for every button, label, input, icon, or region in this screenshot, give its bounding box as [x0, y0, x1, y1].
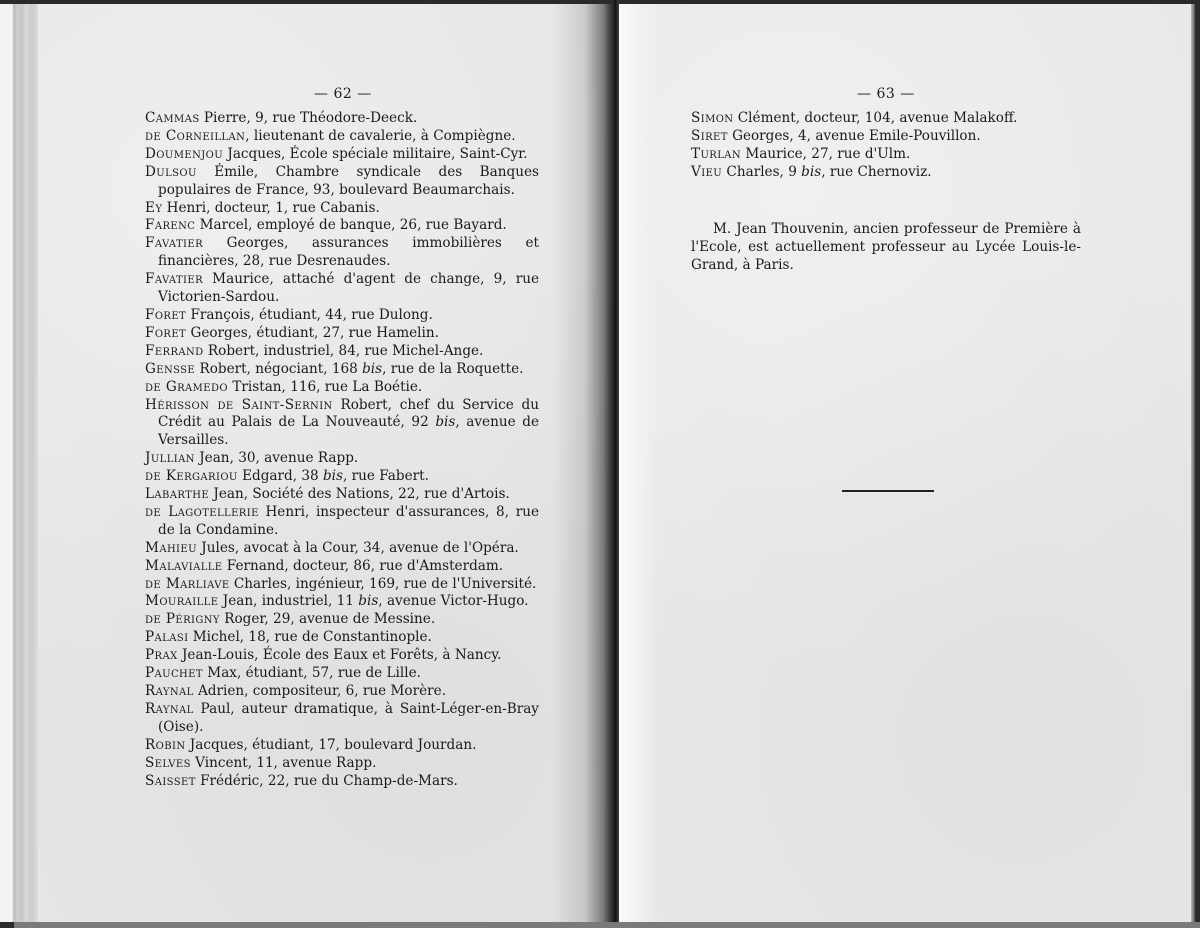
directory-entry: Raynal Paul, auteur dramatique, à Saint-… [145, 701, 539, 737]
surname: Saisset [145, 773, 196, 789]
bottom-edge [14, 922, 1200, 928]
surname: Mahieu [145, 540, 197, 556]
directory-entry: Simon Clément, docteur, 104, avenue Mala… [691, 110, 1081, 128]
surname: Turlan [691, 146, 741, 162]
directory-entry: Ferrand Robert, industriel, 84, rue Mich… [145, 343, 539, 361]
directory-entry: Favatier Georges, assurances immobilière… [145, 235, 539, 271]
directory-entry: Dulsou Émile, Chambre syndicale des Banq… [145, 164, 539, 200]
entry-detail: Jean, Société des Nations, 22, rue d'Art… [209, 486, 510, 502]
surname: Favatier [145, 271, 203, 287]
directory-entry: Ey Henri, docteur, 1, rue Cabanis. [145, 200, 539, 218]
directory-entry: Mahieu Jules, avocat à la Cour, 34, aven… [145, 540, 539, 558]
entry-detail: Jules, avocat à la Cour, 34, avenue de l… [197, 540, 519, 556]
directory-entry: Palasi Michel, 18, rue de Constantinople… [145, 629, 539, 647]
surname: Ey [145, 200, 162, 216]
directory-entry: Prax Jean-Louis, École des Eaux et Forêt… [145, 647, 539, 665]
directory-entry: Vieu Charles, 9 bis, rue Chernoviz. [691, 164, 1081, 182]
surname: Malavialle [145, 558, 222, 574]
surname: Vieu [691, 164, 722, 180]
book-spine [612, 0, 619, 928]
surname: Foret [145, 325, 186, 341]
directory-entry: Malavialle Fernand, docteur, 86, rue d'A… [145, 558, 539, 576]
entry-detail: , lieutenant de cavalerie, à Compiègne. [245, 128, 515, 144]
directory-entry: Hérisson de Saint-Sernin Robert, chef du… [145, 397, 539, 451]
directory-entry: Mouraille Jean, industriel, 11 bis, aven… [145, 593, 539, 611]
entry-detail: Adrien, compositeur, 6, rue Morère. [194, 683, 446, 699]
name-particle: de [145, 504, 168, 520]
entry-detail: Edgard, 38 [238, 468, 323, 484]
directory-entry: Farenc Marcel, employé de banque, 26, ru… [145, 217, 539, 235]
entry-detail: Georges, 4, avenue Emile-Pouvillon. [728, 128, 981, 144]
address-bis: bis [323, 468, 343, 484]
address-bis: bis [435, 414, 455, 430]
book-spread: — 62 — — 63 — Cammas Pierre, 9, rue Théo… [0, 0, 1200, 928]
directory-entry: de Périgny Roger, 29, avenue de Messine. [145, 611, 539, 629]
directory-entry: Selves Vincent, 11, avenue Rapp. [145, 755, 539, 773]
surname: Périgny [166, 611, 220, 627]
surname: Kergariou [166, 468, 238, 484]
surname: Farenc [145, 217, 195, 233]
page-edge [1191, 4, 1195, 922]
directory-entry: Gensse Robert, négociant, 168 bis, rue d… [145, 361, 539, 379]
entry-detail: , rue Chernoviz. [821, 164, 931, 180]
entry-detail: Charles, ingénieur, 169, rue de l'Univer… [230, 576, 537, 592]
note-paragraph: M. Jean Thouvenin, ancien professeur de … [691, 220, 1081, 274]
directory-entry: Raynal Adrien, compositeur, 6, rue Morèr… [145, 683, 539, 701]
entry-detail: Robert, industriel, 84, rue Michel-Ange. [204, 343, 484, 359]
entry-detail: Vincent, 11, avenue Rapp. [191, 755, 377, 771]
surname: Gramedo [166, 379, 228, 395]
entry-detail: Robert, négociant, 168 [195, 361, 362, 377]
surname: Marliave [166, 576, 230, 592]
surname: Foret [145, 307, 186, 323]
entry-detail: Jacques, École spéciale militaire, Saint… [223, 146, 528, 162]
surname: Corneillan [166, 128, 245, 144]
entry-detail: Fernand, docteur, 86, rue d'Amsterdam. [222, 558, 503, 574]
directory-entry: Labarthe Jean, Société des Nations, 22, … [145, 486, 539, 504]
directory-entry: Siret Georges, 4, avenue Emile-Pouvillon… [691, 128, 1081, 146]
directory-list-left: Cammas Pierre, 9, rue Théodore-Deeck.de … [145, 110, 539, 790]
surname: Labarthe [145, 486, 209, 502]
gutter-shadow [552, 4, 612, 922]
directory-entry: de Lagotellerie Henri, inspecteur d'assu… [145, 504, 539, 540]
surname: Dulsou [145, 164, 197, 180]
directory-entry: Turlan Maurice, 27, rue d'Ulm. [691, 146, 1081, 164]
surname: Doumenjou [145, 146, 223, 162]
directory-entry: Doumenjou Jacques, École spéciale milita… [145, 146, 539, 164]
page-number-right: — 63 — [857, 86, 915, 102]
directory-entry: Favatier Maurice, attaché d'agent de cha… [145, 271, 539, 307]
page-number-left: — 62 — [314, 86, 372, 102]
surname: Palasi [145, 629, 188, 645]
directory-entry: de Marliave Charles, ingénieur, 169, rue… [145, 576, 539, 594]
surname: Cammas [145, 110, 200, 126]
directory-entry: de Kergariou Edgard, 38 bis, rue Fabert. [145, 468, 539, 486]
entry-detail: Jean, 30, avenue Rapp. [195, 450, 358, 466]
entry-detail: Frédéric, 22, rue du Champ-de-Mars. [196, 773, 458, 789]
surname: Mouraille [145, 593, 218, 609]
surname: Raynal [145, 701, 194, 717]
entry-detail: François, étudiant, 44, rue Dulong. [186, 307, 433, 323]
entry-detail: Georges, assurances immobilières et fina… [158, 235, 539, 269]
entry-detail: Clément, docteur, 104, avenue Malakoff. [733, 110, 1017, 126]
entry-detail: , rue de la Roquette. [382, 361, 523, 377]
directory-list-right: Simon Clément, docteur, 104, avenue Mala… [691, 110, 1081, 182]
directory-entry: Foret François, étudiant, 44, rue Dulong… [145, 307, 539, 325]
surname: Selves [145, 755, 191, 771]
directory-entry: Saisset Frédéric, 22, rue du Champ-de-Ma… [145, 773, 539, 791]
entry-detail: Max, étudiant, 57, rue de Lille. [203, 665, 421, 681]
entry-detail: Charles, 9 [722, 164, 801, 180]
entry-detail: Maurice, attaché d'agent de change, 9, r… [158, 271, 539, 305]
entry-detail: Jean-Louis, École des Eaux et Forêts, à … [178, 647, 502, 663]
surname: Hérisson de Saint-Sernin [145, 397, 333, 413]
entry-detail: , avenue Victor-Hugo. [378, 593, 528, 609]
name-particle: de [145, 576, 166, 592]
directory-entry: de Gramedo Tristan, 116, rue La Boétie. [145, 379, 539, 397]
entry-detail: Michel, 18, rue de Constantinople. [188, 629, 431, 645]
surname: Jullian [145, 450, 195, 466]
entry-detail: Pierre, 9, rue Théodore-Deeck. [200, 110, 418, 126]
surname: Gensse [145, 361, 195, 377]
address-bis: bis [358, 593, 378, 609]
surname: Lagotellerie [168, 504, 259, 520]
directory-entry: Pauchet Max, étudiant, 57, rue de Lille. [145, 665, 539, 683]
entry-detail: Maurice, 27, rue d'Ulm. [741, 146, 910, 162]
entry-detail: Henri, docteur, 1, rue Cabanis. [162, 200, 380, 216]
address-bis: bis [801, 164, 821, 180]
entry-detail: Paul, auteur dramatique, à Saint-Léger-e… [158, 701, 539, 735]
entry-detail: Marcel, employé de banque, 26, rue Bayar… [195, 217, 506, 233]
surname: Prax [145, 647, 178, 663]
surname: Ferrand [145, 343, 204, 359]
name-particle: de [145, 128, 166, 144]
entry-detail: Jacques, étudiant, 17, boulevard Jourdan… [185, 737, 476, 753]
name-particle: de [145, 468, 166, 484]
directory-entry: Robin Jacques, étudiant, 17, boulevard J… [145, 737, 539, 755]
name-particle: de [145, 379, 166, 395]
surname: Robin [145, 737, 185, 753]
address-bis: bis [362, 361, 382, 377]
entry-detail: Georges, étudiant, 27, rue Hamelin. [186, 325, 439, 341]
page-edge [0, 4, 14, 922]
gutter-highlight [619, 4, 659, 922]
entry-detail: , rue Fabert. [343, 468, 429, 484]
surname: Siret [691, 128, 728, 144]
surname: Simon [691, 110, 733, 126]
directory-entry: Foret Georges, étudiant, 27, rue Hamelin… [145, 325, 539, 343]
directory-entry: Cammas Pierre, 9, rue Théodore-Deeck. [145, 110, 539, 128]
name-particle: de [145, 611, 166, 627]
end-rule [842, 490, 934, 492]
directory-entry: de Corneillan, lieutenant de cavalerie, … [145, 128, 539, 146]
page-stack-edge [14, 4, 38, 922]
directory-entry: Jullian Jean, 30, avenue Rapp. [145, 450, 539, 468]
entry-detail: Émile, Chambre syndicale des Banques pop… [158, 164, 539, 198]
surname: Favatier [145, 235, 203, 251]
surname: Raynal [145, 683, 194, 699]
entry-detail: Tristan, 116, rue La Boétie. [228, 379, 422, 395]
entry-detail: Jean, industriel, 11 [218, 593, 358, 609]
entry-detail: Roger, 29, avenue de Messine. [220, 611, 435, 627]
surname: Pauchet [145, 665, 203, 681]
